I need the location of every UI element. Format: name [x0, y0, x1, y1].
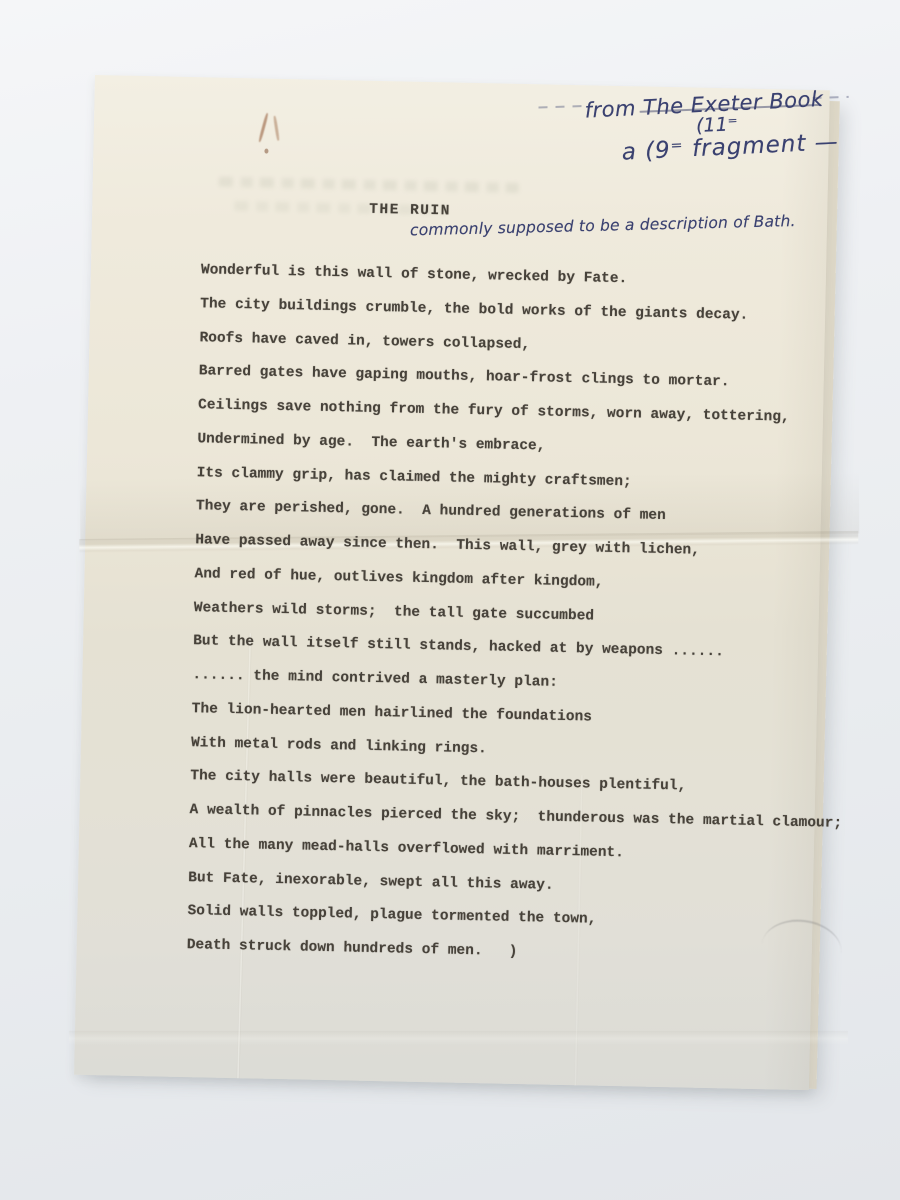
photo-background: from The Exeter Book (11⁼ a (9⁼ fragment…: [0, 0, 900, 1200]
poem: Wonderful is this wall of stone, wrecked…: [76, 252, 826, 976]
handwritten-subtitle-note: commonly supposed to be a description of…: [410, 212, 796, 239]
rust-stain-dot: [264, 149, 268, 154]
pencil-dash-marks: [538, 105, 584, 108]
fold-crease-lower: [69, 1031, 848, 1045]
paper-sheet: from The Exeter Book (11⁼ a (9⁼ fragment…: [74, 75, 830, 1090]
ghost-text-impression: [219, 177, 519, 193]
typed-title: THE RUIN: [369, 202, 451, 220]
rust-stain: [258, 113, 269, 143]
rust-stain: [273, 116, 279, 141]
